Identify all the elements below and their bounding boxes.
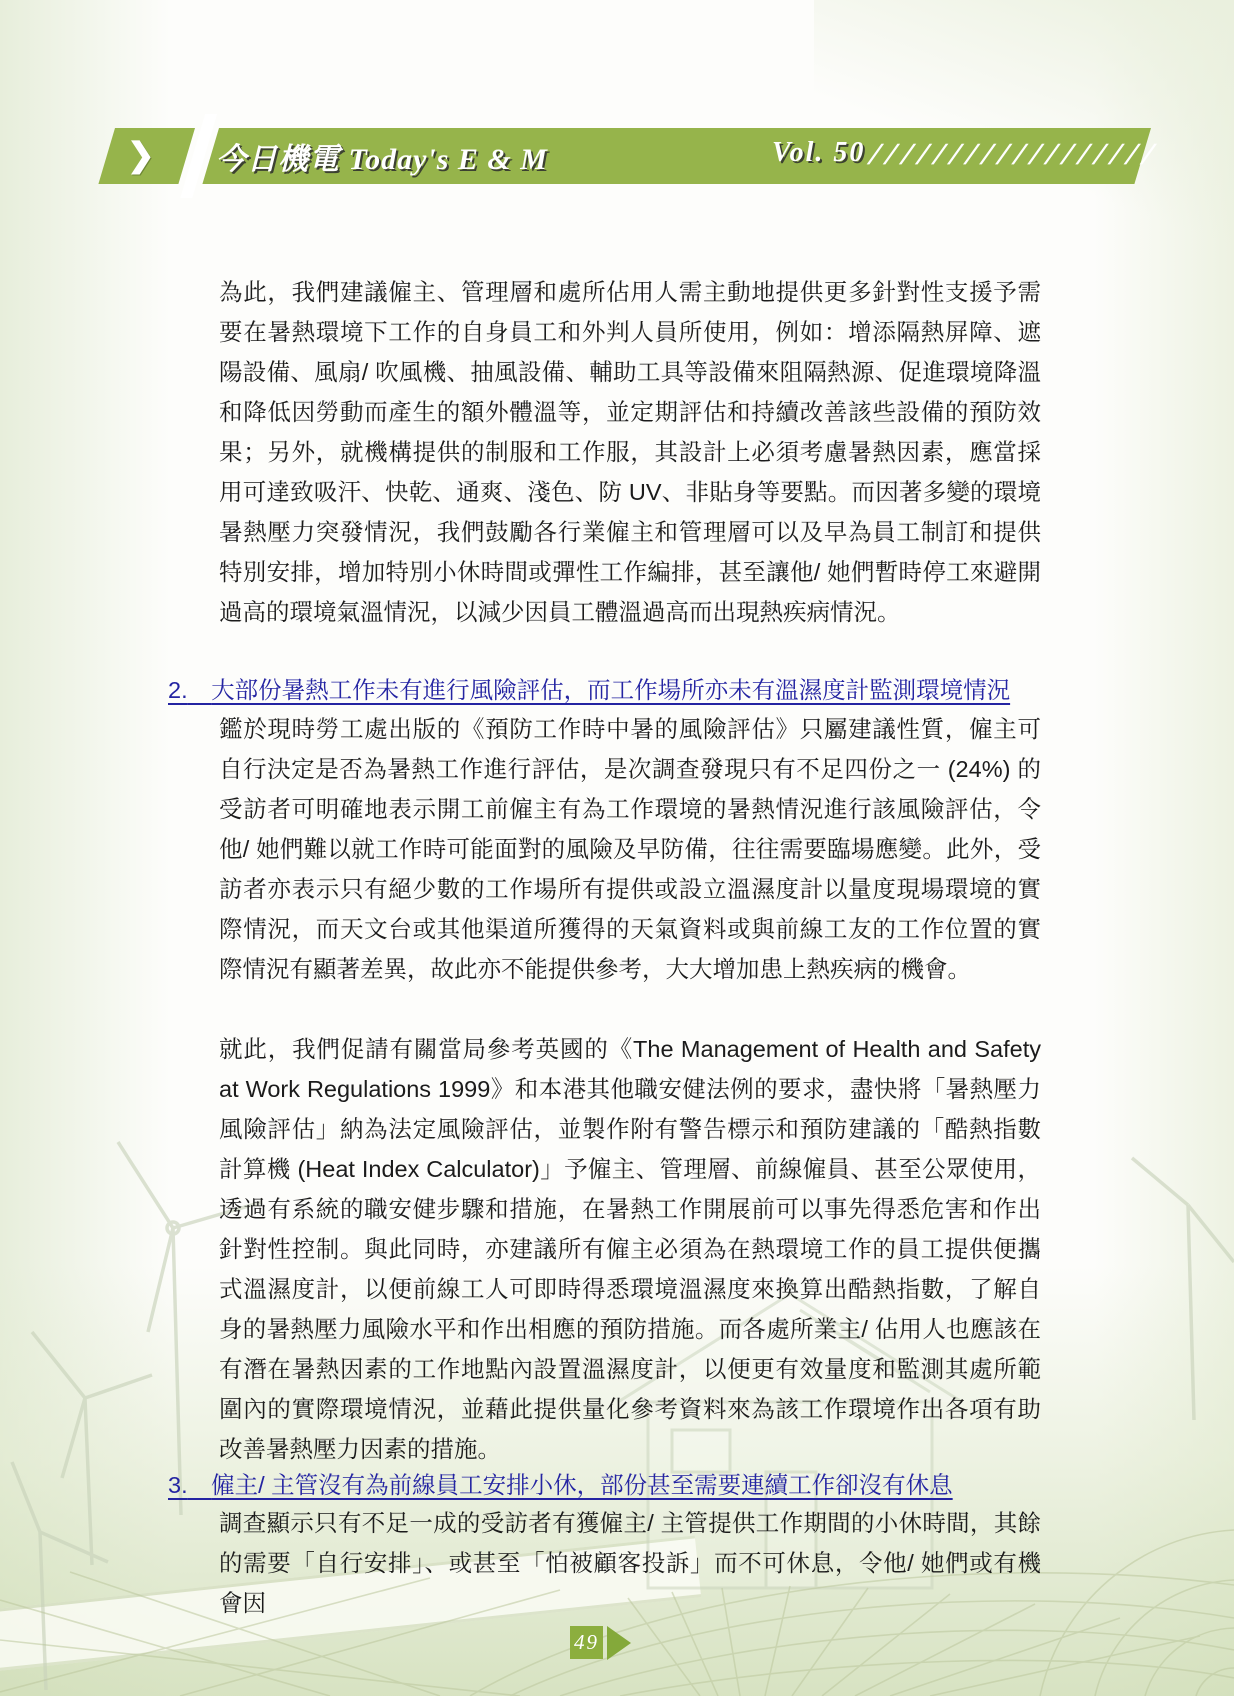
section-2-heading: 2. 大部份暑熱工作未有進行風險評估，而工作場所亦未有溫濕度計監測環境情況 [168, 670, 1068, 710]
magazine-title: 今日機電 Today's E & M [216, 134, 548, 178]
page-number-arrow-icon [607, 1626, 631, 1660]
section-2-title: 大部份暑熱工作未有進行風險評估，而工作場所亦未有溫濕度計監測環境情況 [211, 677, 1010, 703]
banner-overlay: ❯ 今日機電 Today's E & M Vol. 50 ///////////… [0, 0, 1234, 210]
section-3-heading: 3. 僱主/ 主管沒有為前線員工安排小休，部份甚至需要連續工作卻沒有休息 [168, 1465, 1068, 1505]
section-2-paragraph-b: 就此，我們促請有關當局參考英國的《The Management of Healt… [219, 1029, 1041, 1469]
section-3-paragraph-a: 調查顯示只有不足一成的受訪者有獲僱主/ 主管提供工作期間的小休時間，其餘的需要「… [219, 1503, 1041, 1623]
slashes-decoration: ////////////////// [864, 139, 1160, 168]
page-number-badge: 49 [570, 1626, 603, 1659]
section-3-number: 3. [168, 1472, 188, 1498]
section-3-title: 僱主/ 主管沒有為前線員工安排小休，部份甚至需要連續工作卻沒有休息 [211, 1472, 953, 1498]
chevron-right-icon: ❯ [127, 135, 155, 174]
paragraph-1: 為此，我們建議僱主、管理層和處所佔用人需主動地提供更多針對性支援予需要在暑熱環境… [219, 272, 1041, 632]
volume-label: Vol. 50 [772, 137, 865, 169]
section-2-paragraph-a: 鑑於現時勞工處出版的《預防工作時中暑的風險評估》只屬建議性質，僱主可自行決定是否… [219, 709, 1041, 989]
magazine-page: ❯ 今日機電 Today's E & M Vol. 50 ///////////… [0, 0, 1234, 1696]
section-2-number: 2. [168, 677, 188, 703]
